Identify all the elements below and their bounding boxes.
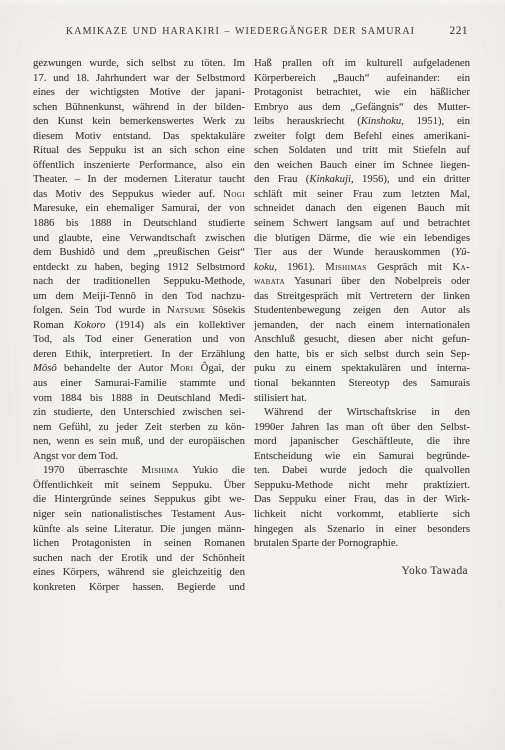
text-span: Während der Wirtschaftskrise in den <box>264 406 470 418</box>
text-line: schläft mit seiner Frau zum letzten Mal, <box>254 187 470 202</box>
text-span: zweiter folgt dem Befehl eines amerikani… <box>254 130 470 142</box>
text-line: eines der wichtigsten Motive der japani- <box>33 85 245 100</box>
text-span: nem Gefühl, zu jeder Zeit sterben zu kön… <box>33 421 245 433</box>
text-span: lichen Protagonisten in seinen Romanen <box>33 537 245 549</box>
text-span: 1970 überraschte <box>43 464 142 476</box>
text-span: behandelte der Autor <box>57 362 170 374</box>
text-line: 1886 bis 1888 in Deutschland studierte <box>33 216 245 231</box>
text-line: eines Körpers, während sie gleichzeitig … <box>33 565 245 580</box>
text-span: nach der traditionellen Seppuku-Methode, <box>33 275 245 287</box>
text-line: Seppuku-Methode nicht mehr praktiziert. <box>254 478 470 493</box>
text-span: 17. und 18. Jahrhundert war der Selbstmo… <box>33 72 245 84</box>
text-span: , 1956), und ein dritter <box>351 173 470 185</box>
text-line: Môsô behandelte der Autor Mori Ôgai, der <box>33 361 245 376</box>
text-span: Entscheidung wie ein Samurai begründe- <box>254 450 470 462</box>
text-line: nach der traditionellen Seppuku-Methode, <box>33 274 245 289</box>
text-line: das Streitgespräch mit Vertretern der li… <box>254 289 470 304</box>
text-line: um dem Meiji-Tennô in den Tod nachzu- <box>33 289 245 304</box>
text-line: suchen nach der Erotik und der Schönheit <box>33 551 245 566</box>
text-line: zin studierte, den Unterschied zwischen … <box>33 405 245 420</box>
text-span: jemanden, der nach einem internationalen <box>254 319 470 331</box>
text-span: eines der wichtigsten Motive der japani- <box>33 86 245 98</box>
text-line: konkreten Körper hassen. Begierde und <box>33 580 245 595</box>
text-line: die Hintergründe seines Seppukus gibt we… <box>33 492 245 507</box>
text-span: brutalen Sparte der Pornographie. <box>254 537 398 549</box>
text-line: ten. Dabei wurde jedoch die qualvollen <box>254 463 470 478</box>
text-line: puku zu einem spektakulären und interna- <box>254 361 470 376</box>
text-line: schneidet danach den eigenen Bauch mit <box>254 201 470 216</box>
text-span: suchen nach der Erotik und der Schönheit <box>33 552 245 564</box>
text-span: Maresuke, ein ehemaliger Samurai, der vo… <box>33 202 245 214</box>
text-line: tional bekannten Stereotyp des Samurais <box>254 376 470 391</box>
text-span: und glaubte, eine Verwandtschaft zwische… <box>33 232 245 244</box>
text-line: und glaubte, eine Verwandtschaft zwische… <box>33 231 245 246</box>
text-span: puku zu einem spektakulären und interna- <box>254 362 470 374</box>
text-span: um dem Meiji-Tennô in den Tod nachzu- <box>33 290 245 302</box>
text-span: mord japanischer Geschäftleute, die ihre <box>254 435 470 447</box>
text-line: 1970 überraschte Mishima Yukio die <box>33 463 245 478</box>
text-columns: gezwungen wurde, sich selbst zu töten. I… <box>33 56 470 594</box>
text-line: nem Gefühl, zu jeder Zeit sterben zu kön… <box>33 420 245 435</box>
text-line: Anschluß gesucht, diesen aber nicht gefu… <box>254 332 470 347</box>
text-span: Angst vor dem Tod. <box>33 450 118 462</box>
text-span: Ritual des Seppuku ist an sich schon ein… <box>33 144 245 156</box>
italic-title: Kinkakuji <box>309 173 351 185</box>
text-span: schen Bühnenkunst, während in der bilden… <box>33 101 245 113</box>
text-line: Roman Kokoro (1914) als ein kollektiver <box>33 318 245 333</box>
text-span: die blutigen Därme, die wie ein lebendig… <box>254 232 470 244</box>
text-line: öffentlich inszenierte Performance, also… <box>33 158 245 173</box>
text-span: vom 1884 bis 1888 in Deutschland Medi- <box>33 392 245 404</box>
text-line: Tod, als Tod einer Generation und von <box>33 332 245 347</box>
text-line: gezwungen wurde, sich selbst zu töten. I… <box>33 56 245 71</box>
running-head: KAMIKAZE UND HARAKIRI – WIEDERGÄNGER DER… <box>22 26 459 37</box>
smallcaps-name: Mishima <box>142 464 179 476</box>
text-line: hingegen als Szenario in einer besonders <box>254 522 470 537</box>
text-span: 1990er Jahren las man oft über den Selbs… <box>254 421 470 433</box>
text-line: koku, 1961). Mishimas Gespräch mit Ka- <box>254 260 470 275</box>
text-span: die Hintergründe seines Seppukus gibt we… <box>33 493 245 505</box>
text-span: Öffentlichkeit mit seinem Seppuku. Über <box>33 479 245 491</box>
book-page: KAMIKAZE UND HARAKIRI – WIEDERGÄNGER DER… <box>0 0 505 750</box>
text-span: den weichen Bauch einer im Schnee liegen… <box>254 159 470 171</box>
text-span: eines Körpers, während sie gleichzeitig … <box>33 566 245 578</box>
text-line: vom 1884 bis 1888 in Deutschland Medi- <box>33 391 245 406</box>
text-line: jemanden, der nach einem internationalen <box>254 318 470 333</box>
text-line: den hatte, bis er sich selbst durch sein… <box>254 347 470 362</box>
text-line: den Frau (Kinkakuji, 1956), und ein drit… <box>254 172 470 187</box>
text-span: diesem Motiv entstand. Das spektakuläre <box>33 130 245 142</box>
text-line: zweiter folgt dem Befehl eines amerikani… <box>254 129 470 144</box>
text-line: seinem Schwert langsam auf und betrachte… <box>254 216 470 231</box>
text-span: seinem Schwert langsam auf und betrachte… <box>254 217 470 229</box>
text-line: lichen Protagonisten in seinen Romanen <box>33 536 245 551</box>
text-span: Yukio die <box>179 464 245 476</box>
text-span: , 1961). <box>274 261 325 273</box>
italic-title: koku <box>254 261 274 273</box>
text-line: leibs herauskriecht (Kinshoku, 1951), ei… <box>254 114 470 129</box>
text-line: nen, wenn es sein muß, und der europäisc… <box>33 434 245 449</box>
text-span: konkreten Körper hassen. Begierde und <box>33 581 245 593</box>
text-span: Tod, als Tod einer Generation und von <box>33 333 245 345</box>
text-span: Körperbereich „Bauch“ aufeinander: ein <box>254 72 470 84</box>
text-span: Tier aus der Wunde herauskommen ( <box>254 246 455 258</box>
left-column: gezwungen wurde, sich selbst zu töten. I… <box>33 56 245 594</box>
text-line: Haß prallen oft im kulturell aufgeladene… <box>254 56 470 71</box>
text-span: nen, wenn es sein muß, und der europäisc… <box>33 435 245 447</box>
text-line: dem Bushidô und dem „preußischen Geist“ <box>33 245 245 260</box>
text-line: Ritual des Seppuku ist an sich schon ein… <box>33 143 245 158</box>
text-line: lichkeit nicht vorkommt, etablierte sich <box>254 507 470 522</box>
text-line: Tier aus der Wunde herauskommen (Yû- <box>254 245 470 260</box>
smallcaps-name: Nogi <box>223 188 245 200</box>
text-span: Theater. – In der modernen Literatur tau… <box>33 173 245 185</box>
text-line: wabata Yasunari über den Nobelpreis oder <box>254 274 470 289</box>
text-span: deren Ethik, interpretiert. In der Erzäh… <box>33 348 245 360</box>
italic-title: Môsô <box>33 362 57 374</box>
text-line: aus einer Samurai-Familie stammte und <box>33 376 245 391</box>
text-line: diesem Motiv entstand. Das spektakuläre <box>33 129 245 144</box>
text-span: Yasunari über den Nobelpreis oder <box>285 275 470 287</box>
text-span: schläft mit seiner Frau zum letzten Mal, <box>254 188 470 200</box>
text-line: schen Soldaten und tritt mit Stiefeln au… <box>254 143 470 158</box>
text-span: Studentenbewegung zeigen den Autor als <box>254 304 470 316</box>
text-span: schneidet danach den eigenen Bauch mit <box>254 202 470 214</box>
text-span: ten. Dabei wurde jedoch die qualvollen <box>254 464 470 476</box>
text-span: Sôsekis <box>206 304 245 316</box>
text-span: leibs herauskriecht ( <box>254 115 361 127</box>
text-line: schen Bühnenkunst, während in der bilden… <box>33 100 245 115</box>
right-column-lines: Haß prallen oft im kulturell aufgeladene… <box>254 56 470 551</box>
text-span: 1886 bis 1888 in Deutschland studierte <box>33 217 245 229</box>
italic-title: Kokoro <box>74 319 106 331</box>
text-line: Entscheidung wie ein Samurai begründe- <box>254 449 470 464</box>
text-line: Körperbereich „Bauch“ aufeinander: ein <box>254 71 470 86</box>
text-span: Ôgai, der <box>193 362 245 374</box>
text-span: niger sein nationalistisches Testament A… <box>33 508 245 520</box>
author-signature: Yoko Tawada <box>254 564 470 579</box>
text-line: künfte als seine Literatur. Die jungen m… <box>33 522 245 537</box>
text-line: Öffentlichkeit mit seinem Seppuku. Über <box>33 478 245 493</box>
text-line: den Kunst kein bemerkenswertes Werk zu <box>33 114 245 129</box>
text-span: Embryo aus dem „Gefängnis“ des Mutter- <box>254 101 470 113</box>
text-span: entdeckt zu haben, beging 1912 Selbstmor… <box>33 261 245 273</box>
text-line: den weichen Bauch einer im Schnee liegen… <box>254 158 470 173</box>
text-line: Während der Wirtschaftskrise in den <box>254 405 470 420</box>
text-line: Maresuke, ein ehemaliger Samurai, der vo… <box>33 201 245 216</box>
text-line: 1990er Jahren las man oft über den Selbs… <box>254 420 470 435</box>
text-span: (1914) als ein kollektiver <box>106 319 246 331</box>
text-span: schen Soldaten und tritt mit Stiefeln au… <box>254 144 470 156</box>
smallcaps-name: wabata <box>254 275 285 287</box>
text-span: den Frau ( <box>254 173 309 185</box>
text-line: Theater. – In der modernen Literatur tau… <box>33 172 245 187</box>
text-span: aus einer Samurai-Familie stammte und <box>33 377 245 389</box>
text-line: die blutigen Därme, die wie ein lebendig… <box>254 231 470 246</box>
text-line: Protagonist betrachtet, wie ein häßliche… <box>254 85 470 100</box>
text-span: das Streitgespräch mit Vertretern der li… <box>254 290 470 302</box>
text-span: lichkeit nicht vorkommt, etablierte sich <box>254 508 470 520</box>
smallcaps-name: Mori <box>170 362 193 374</box>
text-line: Das Seppuku einer Frau, das in der Wirk- <box>254 492 470 507</box>
smallcaps-name: Mishimas <box>325 261 367 273</box>
text-span: zin studierte, den Unterschied zwischen … <box>33 406 245 418</box>
italic-title: Kinshoku <box>361 115 401 127</box>
smallcaps-name: Natsume <box>167 304 206 316</box>
text-span: dem Bushidô und dem „preußischen Geist“ <box>33 246 245 258</box>
text-line: mord japanischer Geschäftleute, die ihre <box>254 434 470 449</box>
right-column: Haß prallen oft im kulturell aufgeladene… <box>254 56 470 594</box>
italic-title: Yû- <box>455 246 470 258</box>
text-span: hingegen als Szenario in einer besonders <box>254 523 470 535</box>
text-line: Studentenbewegung zeigen den Autor als <box>254 303 470 318</box>
text-span: gezwungen wurde, sich selbst zu töten. I… <box>33 57 245 69</box>
text-span: Anschluß gesucht, diesen aber nicht gefu… <box>254 333 470 345</box>
text-span: Roman <box>33 319 74 331</box>
text-span: Protagonist betrachtet, wie ein häßliche… <box>254 86 470 98</box>
text-line: stilisiert hat. <box>254 391 470 406</box>
text-span: künfte als seine Literatur. Die jungen m… <box>33 523 245 535</box>
text-span: Gespräch mit <box>367 261 453 273</box>
smallcaps-name: Ka- <box>452 261 470 273</box>
text-line: folgen. Sein Tod wurde in Natsume Sôseki… <box>33 303 245 318</box>
text-span: Das Seppuku einer Frau, das in der Wirk- <box>254 493 470 505</box>
text-span: den Kunst kein bemerkenswertes Werk zu <box>33 115 245 127</box>
text-line: entdeckt zu haben, beging 1912 Selbstmor… <box>33 260 245 275</box>
text-span: Haß prallen oft im kulturell aufgeladene… <box>254 57 470 69</box>
text-span: stilisiert hat. <box>254 392 307 404</box>
text-span: , 1951), ein <box>401 115 470 127</box>
text-line: brutalen Sparte der Pornographie. <box>254 536 470 551</box>
text-line: deren Ethik, interpretiert. In der Erzäh… <box>33 347 245 362</box>
text-line: 17. und 18. Jahrhundert war der Selbstmo… <box>33 71 245 86</box>
text-span: das Motiv des Seppukus wieder auf. <box>33 188 223 200</box>
text-line: Embryo aus dem „Gefängnis“ des Mutter- <box>254 100 470 115</box>
text-line: Angst vor dem Tod. <box>33 449 245 464</box>
text-span: folgen. Sein Tod wurde in <box>33 304 167 316</box>
text-span: öffentlich inszenierte Performance, also… <box>33 159 245 171</box>
text-line: das Motiv des Seppukus wieder auf. Nogi <box>33 187 245 202</box>
text-span: Seppuku-Methode nicht mehr praktiziert. <box>254 479 470 491</box>
page-number: 221 <box>450 25 468 37</box>
text-span: den hatte, bis er sich selbst durch sein… <box>254 348 470 360</box>
text-line: niger sein nationalistisches Testament A… <box>33 507 245 522</box>
text-span: tional bekannten Stereotyp des Samurais <box>254 377 470 389</box>
